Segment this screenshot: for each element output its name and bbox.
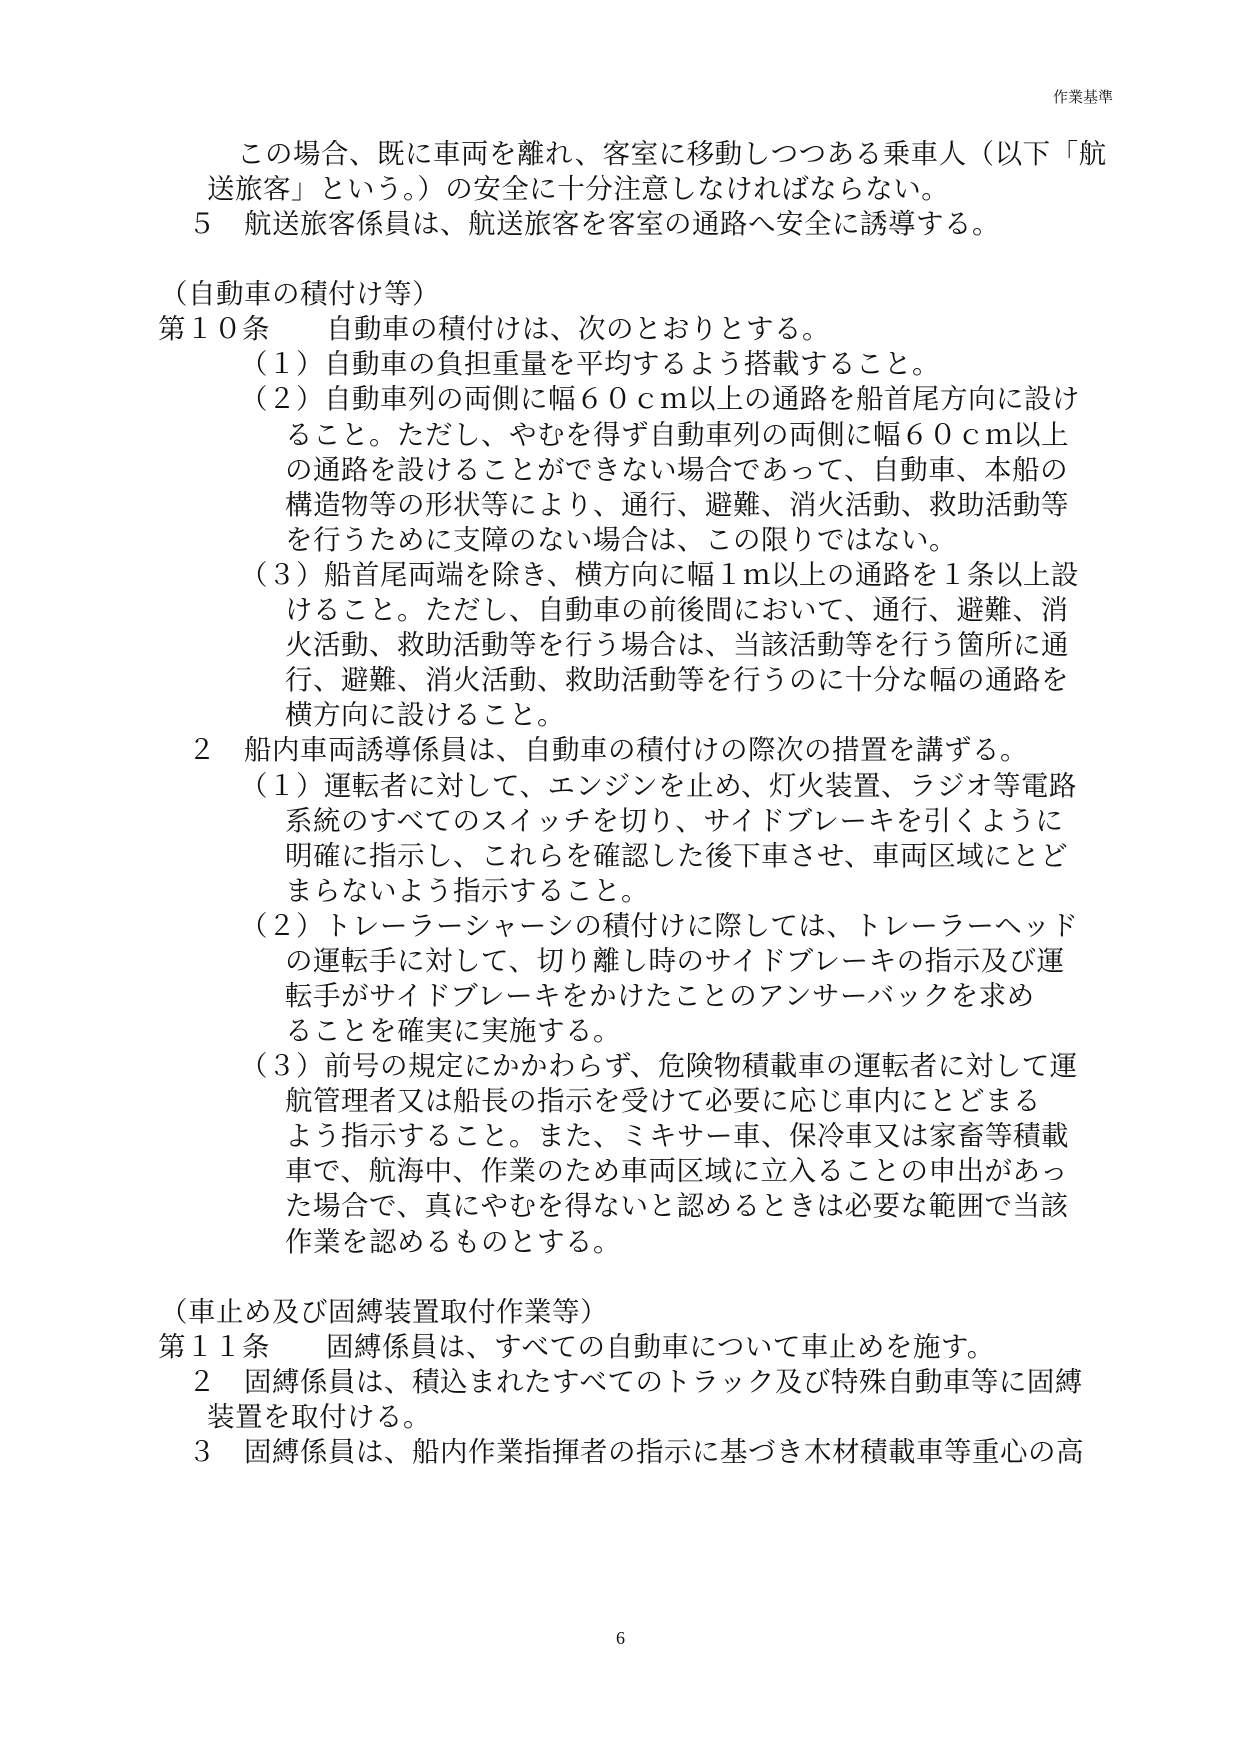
intro-paragraph-5: ５ 航送旅客係員は、航送旅客を客室の通路へ安全に誘導する。 xyxy=(188,206,1000,242)
article-10-p2-item-2-line-2: の運転手に対して、切り離し時のサイドブレーキの指示及び運 xyxy=(285,943,1065,979)
article-10-p2-item-2-line-4: ることを確実に実施する。 xyxy=(285,1013,621,1049)
article-10-p2-item-1-line-1: （１）運転者に対して、エンジンを止め、灯火装置、ラジオ等電路 xyxy=(240,768,1077,804)
article-10-title: 第１０条 自動車の積付けは、次のとおりとする。 xyxy=(158,311,830,347)
article-10-p2-item-3-line-3: よう指示すること。また、ミキサー車、保冷車又は家畜等積載 xyxy=(285,1118,1069,1154)
article-10-p2-item-2-line-3: 転手がサイドブレーキをかけたことのアンサーバックを求め xyxy=(285,978,1035,1014)
article-10-heading: （自動車の積付け等） xyxy=(160,276,440,312)
article-10-item-1: （１）自動車の負担重量を平均するよう搭載すること。 xyxy=(240,346,940,382)
article-10-p2-item-1-line-4: まらないよう指示すること。 xyxy=(285,873,649,909)
article-10-item-3-line-2: けること。ただし、自動車の前後間において、通行、避難、消 xyxy=(285,592,1068,628)
article-11-paragraph-2-line-2: 装置を取付ける。 xyxy=(207,1399,431,1435)
article-11-heading: （車止め及び固縛装置取付作業等） xyxy=(160,1294,608,1330)
running-header: 作業基準 xyxy=(1053,86,1113,107)
article-10-p2-item-3-line-5: た場合で、真にやむを得ないと認めるときは必要な範囲で当該 xyxy=(285,1188,1068,1224)
article-10-p2-item-3-line-1: （３）前号の規定にかかわらず、危険物積載車の運転者に対して運 xyxy=(240,1048,1078,1084)
article-10-item-2-line-1: （２）自動車列の両側に幅６０ｃｍ以上の通路を船首尾方向に設け xyxy=(240,381,1080,417)
article-10-paragraph-2: ２ 船内車両誘導係員は、自動車の積付けの際次の措置を講ずる。 xyxy=(188,732,1028,768)
article-11-paragraph-2-line-1: ２ 固縛係員は、積込まれたすべてのトラック及び特殊自動車等に固縛 xyxy=(188,1364,1083,1400)
intro-line-2: 送旅客」という。）の安全に十分注意しなければならない。 xyxy=(207,171,949,207)
article-11-title: 第１１条 固縛係員は、すべての自動車について車止めを施す。 xyxy=(158,1329,995,1365)
article-10-item-3-line-3: 火活動、救助活動等を行う場合は、当該活動等を行う箇所に通 xyxy=(285,627,1069,663)
article-10-item-3-line-1: （３）船首尾両端を除き、横方向に幅１ｍ以上の通路を１条以上設 xyxy=(240,557,1079,593)
article-10-p2-item-3-line-2: 航管理者又は船長の指示を受けて必要に応じ車内にとどまる xyxy=(285,1083,1041,1119)
page-number: 6 xyxy=(0,1628,1241,1649)
article-10-p2-item-3-line-6: 作業を認めるものとする。 xyxy=(285,1224,621,1260)
article-10-item-2-line-5: を行うために支障のない場合は、この限りではない。 xyxy=(285,522,957,558)
article-10-p2-item-3-line-4: 車で、航海中、作業のため車両区域に立入ることの申出があっ xyxy=(285,1153,1068,1189)
document-page: 作業基準 この場合、既に車両を離れ、客室に移動しつつある乗車人（以下「航 送旅客… xyxy=(0,0,1241,1755)
article-10-item-2-line-4: 構造物等の形状等により、通行、避難、消火活動、救助活動等 xyxy=(285,487,1069,523)
article-10-item-2-line-3: の通路を設けることができない場合であって、自動車、本船の xyxy=(285,452,1068,488)
article-10-p2-item-2-line-1: （２）トレーラーシャーシの積付けに際しては、トレーラーヘッド xyxy=(240,908,1078,944)
article-10-item-2-line-2: ること。ただし、やむを得ず自動車列の両側に幅６０ｃｍ以上 xyxy=(285,417,1069,453)
article-10-p2-item-1-line-3: 明確に指示し、これらを確認した後下車させ、車両区域にとど xyxy=(285,838,1068,874)
article-10-item-3-line-5: 横方向に設けること。 xyxy=(285,697,565,733)
article-11-paragraph-3-line-1: ３ 固縛係員は、船内作業指揮者の指示に基づき木材積載車等重心の高 xyxy=(188,1434,1084,1470)
intro-line-1: この場合、既に車両を離れ、客室に移動しつつある乗車人（以下「航 xyxy=(237,136,1107,172)
article-10-p2-item-1-line-2: 系統のすべてのスイッチを切り、サイドブレーキを引くように xyxy=(285,803,1064,839)
article-10-item-3-line-4: 行、避難、消火活動、救助活動等を行うのに十分な幅の通路を xyxy=(285,662,1069,698)
